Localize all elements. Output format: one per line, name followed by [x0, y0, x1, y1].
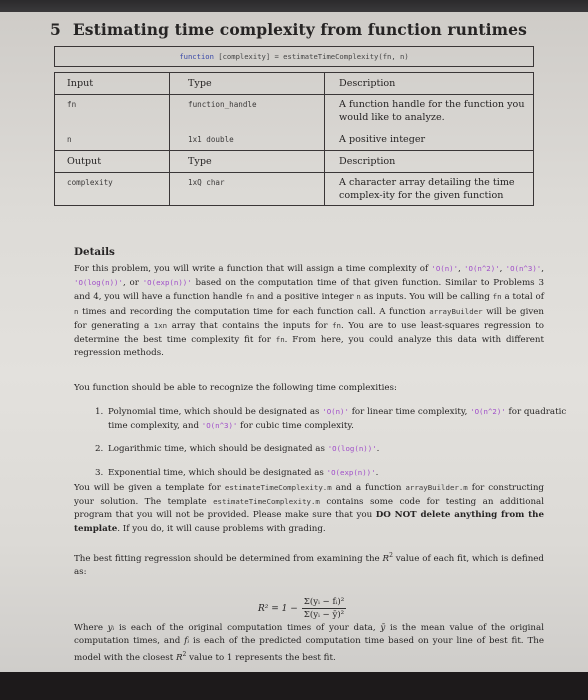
section-heading: 5 Estimating time complexity from functi…	[50, 20, 527, 39]
string-literal: 'O(exp(n))'	[327, 468, 376, 477]
code-literal: fn	[493, 292, 502, 301]
text: and a function	[332, 483, 406, 493]
text: is each of the original computation time…	[114, 623, 380, 633]
list-item: Exponential time, which should be design…	[106, 466, 576, 480]
list-item: Logarithmic time, which should be design…	[106, 442, 576, 456]
text: , or	[123, 278, 143, 288]
details-paragraph-5: Where yᵢ is each of the original computa…	[74, 622, 544, 666]
details-paragraph-2: You function should be able to recognize…	[74, 382, 544, 395]
output-description: A character array detailing the time com…	[325, 173, 534, 206]
signature-keyword: function	[179, 52, 214, 61]
formula-denominator: Σ(yᵢ − ȳ)²	[302, 609, 346, 620]
section-number: 5	[50, 20, 61, 39]
code-literal: estimateTimeComplexity.m	[213, 497, 320, 506]
signature-text: [complexity] = estimateTimeComplexity(fn…	[214, 52, 409, 61]
input-name: fn	[55, 95, 170, 128]
table-row: fn function_handle A function handle for…	[55, 95, 534, 128]
string-literal: 'O(n)'	[322, 407, 349, 416]
input-description: A positive integer	[325, 127, 534, 151]
string-literal: 'O(n^3)'	[506, 264, 542, 273]
text: . If you do, it will cause problems with…	[117, 524, 325, 534]
screen-top-bezel	[0, 0, 588, 12]
header-type: Type	[170, 73, 325, 95]
string-literal: 'O(exp(n))'	[143, 278, 192, 287]
code-literal: arrayBuilder.m	[405, 483, 467, 492]
text: a total of	[502, 292, 544, 302]
output-name: complexity	[55, 173, 170, 206]
text: You will be given a template for	[74, 483, 225, 493]
list-item: Polynomial time, which should be designa…	[106, 405, 576, 433]
code-literal: estimateTimeComplexity.m	[225, 483, 332, 492]
header-description: Description	[325, 151, 534, 173]
formula-lhs: R² = 1 −	[258, 604, 298, 614]
r-squared-formula: R² = 1 − Σ(yᵢ − fᵢ)² Σ(yᵢ − ȳ)²	[258, 597, 346, 620]
complexity-list: Polynomial time, which should be designa…	[74, 405, 576, 489]
string-literal: 'O(log(n))'	[328, 444, 377, 453]
text: Exponential time, which should be design…	[108, 468, 327, 478]
details-paragraph-1: For this problem, you will write a funct…	[74, 262, 544, 360]
input-type: function_handle	[170, 95, 325, 128]
input-description: A function handle for the function you w…	[325, 95, 534, 128]
text: times and recording the computation time…	[78, 307, 429, 317]
code-literal: fn	[332, 321, 341, 330]
code-literal: 1xn	[154, 321, 167, 330]
screen-bottom-bezel	[0, 672, 588, 700]
text: .	[376, 468, 379, 478]
details-heading: Details	[74, 246, 115, 258]
code-literal: fn	[276, 335, 285, 344]
code-literal: arrayBuilder	[429, 307, 482, 316]
text: Where	[74, 623, 108, 633]
string-literal: 'O(n)'	[431, 264, 458, 273]
text: value to 1 represents the best fit.	[186, 653, 335, 663]
input-name: n	[55, 127, 170, 151]
text: For this problem, you will write a funct…	[74, 264, 431, 274]
text: and a positive integer	[254, 292, 356, 302]
text: array that contains the inputs for	[167, 321, 332, 331]
io-table: Input Type Description fn function_handl…	[54, 72, 534, 206]
text: Polynomial time, which should be designa…	[108, 407, 322, 417]
text: for cubic time complexity.	[237, 421, 353, 431]
function-signature: function [complexity] = estimateTimeComp…	[54, 46, 534, 67]
formula-numerator: Σ(yᵢ − fᵢ)²	[302, 597, 346, 609]
header-type: Type	[170, 151, 325, 173]
text: .	[377, 444, 380, 454]
section-title: Estimating time complexity from function…	[73, 20, 527, 39]
header-description: Description	[325, 73, 534, 95]
outputs-header-row: Output Type Description	[55, 151, 534, 173]
text: The best fitting regression should be de…	[74, 554, 383, 564]
text: as inputs. You will be calling	[361, 292, 493, 302]
string-literal: 'O(n^2)'	[464, 264, 500, 273]
document-page: 5 Estimating time complexity from functi…	[0, 12, 588, 672]
table-row: complexity 1xQ char A character array de…	[55, 173, 534, 206]
string-literal: 'O(log(n))'	[74, 278, 123, 287]
details-paragraph-3: You will be given a template for estimat…	[74, 481, 544, 536]
header-output: Output	[55, 151, 170, 173]
code-literal: fn	[245, 292, 254, 301]
text: Logarithmic time, which should be design…	[108, 444, 328, 454]
output-type: 1xQ char	[170, 173, 325, 206]
formula-fraction: Σ(yᵢ − fᵢ)² Σ(yᵢ − ȳ)²	[302, 597, 346, 620]
table-row: n 1x1 double A positive integer	[55, 127, 534, 151]
inputs-header-row: Input Type Description	[55, 73, 534, 95]
string-literal: 'O(n^3)'	[202, 421, 238, 430]
header-input: Input	[55, 73, 170, 95]
text: ,	[541, 264, 544, 274]
text: for linear time complexity,	[349, 407, 470, 417]
string-literal: 'O(n^2)'	[470, 407, 506, 416]
details-paragraph-4: The best fitting regression should be de…	[74, 549, 544, 579]
input-type: 1x1 double	[170, 127, 325, 151]
